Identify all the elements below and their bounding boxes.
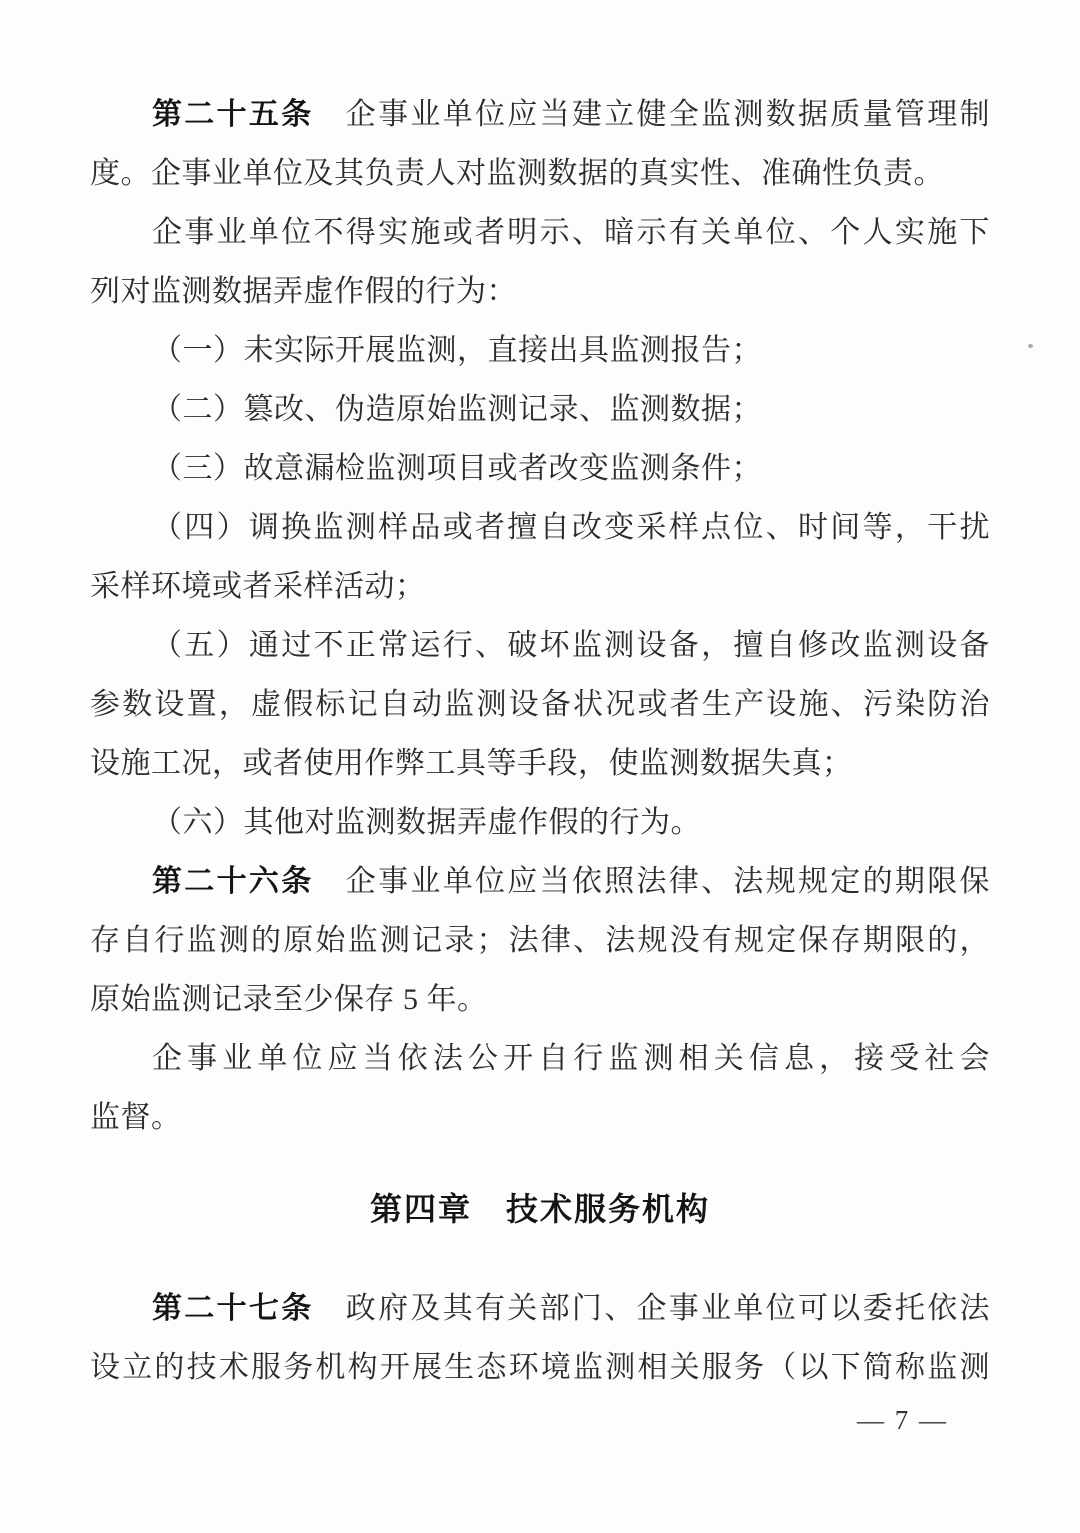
line-text: （五）通过不正常运行、破坏监测设备，擅自修改监测设备	[152, 629, 990, 662]
text-line: 企事业单位应当依法公开自行监测相关信息，接受社会	[90, 1029, 990, 1088]
text-line: （二）篡改、伪造原始监测记录、监测数据；	[90, 380, 990, 439]
text-line: 企事业单位不得实施或者明示、暗示有关单位、个人实施下	[90, 203, 990, 262]
text-line: 第二十五条 企事业单位应当建立健全监测数据质量管理制	[90, 85, 990, 144]
text-line: 设施工况，或者使用作弊工具等手段，使监测数据失真；	[90, 734, 990, 793]
document-page: 第二十五条 企事业单位应当建立健全监测数据质量管理制度。企事业单位及其负责人对监…	[0, 0, 1080, 1533]
line-text: 度。企事业单位及其负责人对监测数据的真实性、准确性负责。	[90, 157, 944, 190]
text-line: 列对监测数据弄虚作假的行为：	[90, 262, 990, 321]
paragraph: （四）调换监测样品或者擅自改变采样点位、时间等，干扰采样环境或者采样活动；	[90, 498, 990, 616]
line-text: 列对监测数据弄虚作假的行为：	[90, 275, 517, 308]
paragraph: （二）篡改、伪造原始监测记录、监测数据；	[90, 380, 990, 439]
paragraph: 第二十五条 企事业单位应当建立健全监测数据质量管理制度。企事业单位及其负责人对监…	[90, 85, 990, 203]
page-number: — 7 —	[857, 1398, 948, 1442]
text-line: （五）通过不正常运行、破坏监测设备，擅自修改监测设备	[90, 616, 990, 675]
line-text: （二）篡改、伪造原始监测记录、监测数据；	[152, 393, 762, 426]
line-text: 监督。	[90, 1101, 182, 1134]
article-number-bold: 第二十六条	[152, 865, 314, 898]
text-line: 设立的技术服务机构开展生态环境监测相关服务（以下简称监测	[90, 1338, 990, 1397]
paragraph: （三）故意漏检监测项目或者改变监测条件；	[90, 439, 990, 498]
chapter-heading: 第四章 技术服务机构	[90, 1180, 990, 1239]
line-text: （六）其他对监测数据弄虚作假的行为。	[152, 806, 701, 839]
paragraph: （一）未实际开展监测，直接出具监测报告；	[90, 321, 990, 380]
text-line: 第二十七条 政府及其有关部门、企事业单位可以委托依法	[90, 1279, 990, 1338]
line-text: （三）故意漏检监测项目或者改变监测条件；	[152, 452, 762, 485]
text-line: 度。企事业单位及其负责人对监测数据的真实性、准确性负责。	[90, 144, 990, 203]
text-line: 原始监测记录至少保存 5 年。	[90, 970, 990, 1029]
line-text: 参数设置，虚假标记自动监测设备状况或者生产设施、污染防治	[90, 688, 990, 721]
text-line: （六）其他对监测数据弄虚作假的行为。	[90, 793, 990, 852]
paragraph: 企事业单位不得实施或者明示、暗示有关单位、个人实施下列对监测数据弄虚作假的行为：	[90, 203, 990, 321]
text-line: （四）调换监测样品或者擅自改变采样点位、时间等，干扰	[90, 498, 990, 557]
text-line: 参数设置，虚假标记自动监测设备状况或者生产设施、污染防治	[90, 675, 990, 734]
line-text: （四）调换监测样品或者擅自改变采样点位、时间等，干扰	[152, 511, 990, 544]
text-line: （一）未实际开展监测，直接出具监测报告；	[90, 321, 990, 380]
paragraph: 第二十六条 企事业单位应当依照法律、法规规定的期限保存自行监测的原始监测记录；法…	[90, 852, 990, 1029]
paragraph: 第二十七条 政府及其有关部门、企事业单位可以委托依法设立的技术服务机构开展生态环…	[90, 1279, 990, 1397]
line-text: 存自行监测的原始监测记录；法律、法规没有规定保存期限的，	[90, 924, 990, 957]
line-text: （一）未实际开展监测，直接出具监测报告；	[152, 334, 762, 367]
document-body: 第二十五条 企事业单位应当建立健全监测数据质量管理制度。企事业单位及其负责人对监…	[90, 85, 990, 1397]
line-text: 企事业单位应当建立健全监测数据质量管理制	[314, 98, 991, 131]
line-text: 企事业单位应当依法公开自行监测相关信息，接受社会	[152, 1042, 990, 1075]
text-line: （三）故意漏检监测项目或者改变监测条件；	[90, 439, 990, 498]
text-line: 第二十六条 企事业单位应当依照法律、法规规定的期限保	[90, 852, 990, 911]
line-text: 设立的技术服务机构开展生态环境监测相关服务（以下简称监测	[90, 1351, 990, 1384]
article-number-bold: 第二十五条	[152, 98, 314, 131]
text-line: 采样环境或者采样活动；	[90, 557, 990, 616]
scan-speck	[1028, 344, 1033, 348]
line-text: 企事业单位应当依照法律、法规规定的期限保	[314, 865, 991, 898]
paragraph: （六）其他对监测数据弄虚作假的行为。	[90, 793, 990, 852]
line-text: 原始监测记录至少保存 5 年。	[90, 983, 488, 1016]
paragraph: （五）通过不正常运行、破坏监测设备，擅自修改监测设备参数设置，虚假标记自动监测设…	[90, 616, 990, 793]
line-text: 采样环境或者采样活动；	[90, 570, 426, 603]
text-line: 存自行监测的原始监测记录；法律、法规没有规定保存期限的，	[90, 911, 990, 970]
text-line: 监督。	[90, 1088, 990, 1147]
article-number-bold: 第二十七条	[152, 1292, 314, 1325]
line-text: 企事业单位不得实施或者明示、暗示有关单位、个人实施下	[152, 216, 990, 249]
paragraph: 企事业单位应当依法公开自行监测相关信息，接受社会监督。	[90, 1029, 990, 1147]
line-text: 政府及其有关部门、企事业单位可以委托依法	[314, 1292, 991, 1325]
line-text: 设施工况，或者使用作弊工具等手段，使监测数据失真；	[90, 747, 853, 780]
